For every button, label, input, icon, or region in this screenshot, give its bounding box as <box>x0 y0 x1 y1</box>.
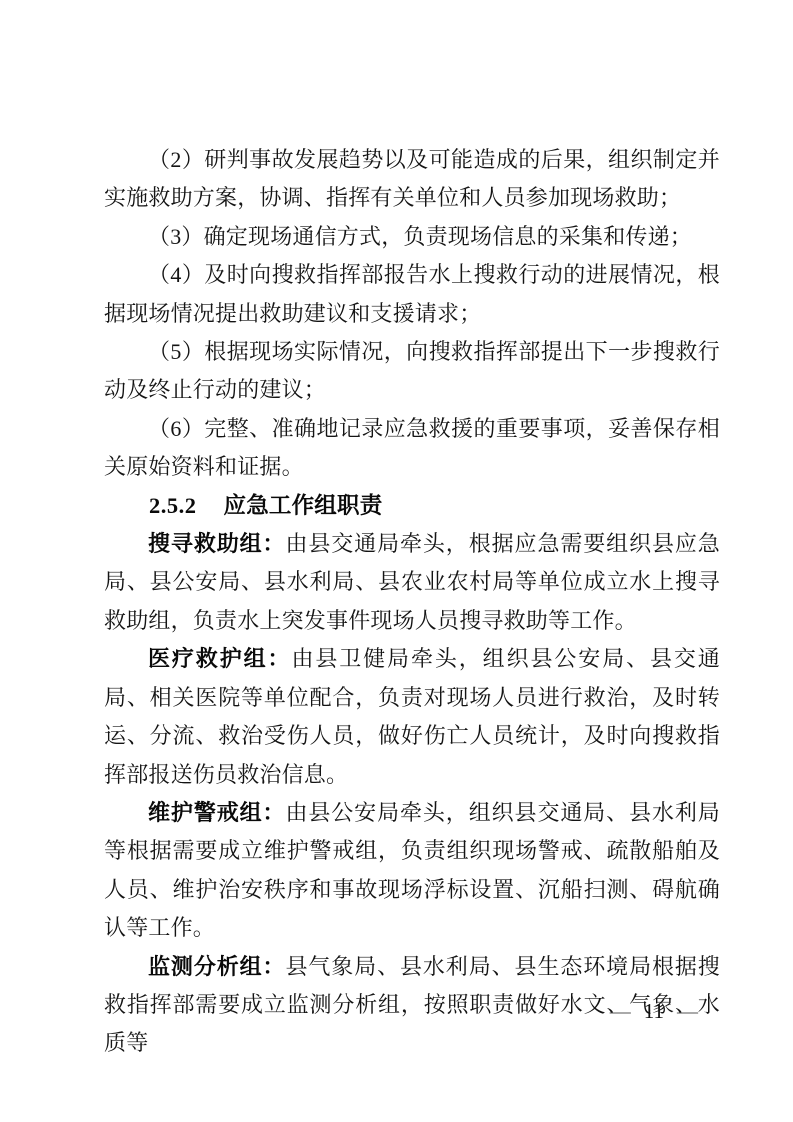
group-paragraph-search-rescue: 搜寻救助组：由县交通局牵头，根据应急需要组织县应急局、县公安局、县水利局、县农业… <box>104 525 720 640</box>
page-content: （2）研判事故发展趋势以及可能造成的后果，组织制定并实施救助方案，协调、指挥有关… <box>104 141 720 1063</box>
section-title: 应急工作组职责 <box>224 493 383 518</box>
group-lead: 医疗救护组： <box>148 646 291 671</box>
group-lead: 维护警戒组： <box>148 800 285 825</box>
group-paragraph-security: 维护警戒组：由县公安局牵头，组织县交通局、县水利局等根据需要成立维护警戒组，负责… <box>104 794 720 948</box>
page-number: — 11 — <box>610 999 698 1023</box>
section-heading: 2.5.2应急工作组职责 <box>104 487 720 525</box>
group-paragraph-medical: 医疗救护组：由县卫健局牵头，组织县公安局、县交通局、相关医院等单位配合，负责对现… <box>104 640 720 794</box>
page-number-dash-left: — <box>610 999 631 1023</box>
numbered-item-6: （6）完整、准确地记录应急救援的重要事项，妥善保存相关原始资料和证据。 <box>104 410 720 487</box>
item-marker: （4） <box>148 262 204 287</box>
numbered-item-4: （4）及时向搜救指挥部报告水上搜救行动的进展情况，根据现场情况提出救助建议和支援… <box>104 256 720 333</box>
numbered-item-5: （5）根据现场实际情况，向搜救指挥部提出下一步搜救行动及终止行动的建议； <box>104 333 720 410</box>
item-marker: （2） <box>148 147 204 172</box>
document-page: （2）研判事故发展趋势以及可能造成的后果，组织制定并实施救助方案，协调、指挥有关… <box>0 0 793 1122</box>
group-lead: 监测分析组： <box>148 954 285 979</box>
numbered-item-2: （2）研判事故发展趋势以及可能造成的后果，组织制定并实施救助方案，协调、指挥有关… <box>104 141 720 218</box>
group-lead: 搜寻救助组： <box>148 531 285 556</box>
item-marker: （6） <box>148 416 204 441</box>
item-marker: （5） <box>148 339 204 364</box>
section-number: 2.5.2 <box>149 493 197 518</box>
item-marker: （3） <box>148 224 204 249</box>
item-text: 确定现场通信方式，负责现场信息的采集和传递； <box>204 224 692 249</box>
numbered-item-3: （3）确定现场通信方式，负责现场信息的采集和传递； <box>104 218 720 256</box>
page-number-dash-right: — <box>677 999 698 1023</box>
page-number-value: 11 <box>644 999 664 1023</box>
